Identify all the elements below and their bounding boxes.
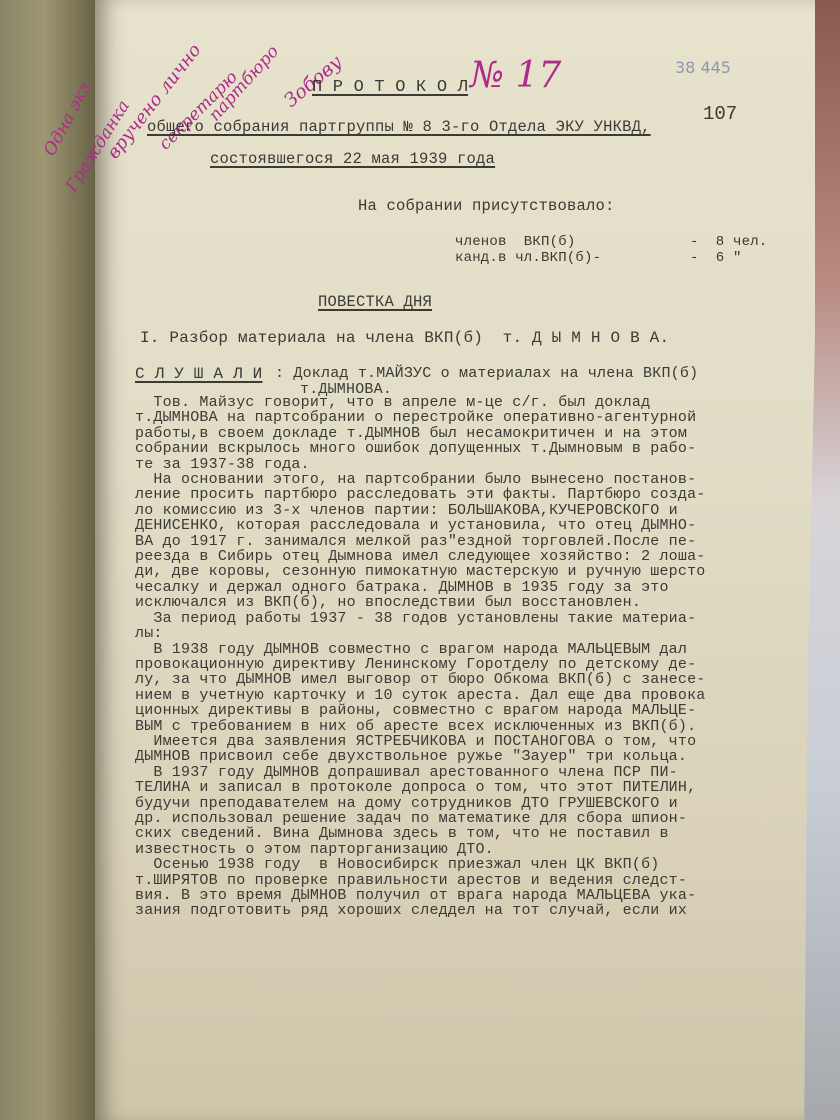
- body-line: ДЕНИСЕНКО, которая расследовала и устано…: [135, 518, 706, 533]
- body-line: ских сведений. Вина Дымнова здесь в том,…: [135, 826, 706, 841]
- body-line: На основании этого, на партсобрании было…: [135, 472, 706, 487]
- document-title: П Р О Т О К О Л: [312, 78, 468, 98]
- body-line: т.ШИРЯТОВ по проверке правильности арест…: [135, 873, 706, 888]
- attendance-intro: На собрании присутствовало:: [358, 196, 615, 216]
- body-line: зания подготовить ряд хороших следдел на…: [135, 903, 706, 918]
- agenda-item-1: I. Разбор материала на члена ВКП(б) т. Д…: [140, 328, 669, 348]
- body-line: ционных директивы в районы, совместно с …: [135, 703, 706, 718]
- body-line: ВА до 1917 г. занимался мелкой раз"ездно…: [135, 534, 706, 549]
- body-line: исключался из ВКП(б), но впоследствии бы…: [135, 595, 706, 610]
- body-line: нием в учетную карточку и 10 суток арест…: [135, 688, 706, 703]
- body-line: известность о этом парторганизацию ДТО.: [135, 842, 706, 857]
- body-line: чесалку и держал одного батрака. ДЫМНОВ …: [135, 580, 706, 595]
- body-line: реезда в Сибирь отец Дымнова имел следую…: [135, 549, 706, 564]
- agenda-heading: ПОВЕСТКА ДНЯ: [318, 292, 432, 312]
- body-line: работы,в своем докладе т.ДЫМНОВ был неса…: [135, 426, 706, 441]
- body-line: будучи преподавателем на дому сотруднико…: [135, 796, 706, 811]
- body-line: ление просить партбюро расследовать эти …: [135, 487, 706, 502]
- body-line: В 1937 году ДЫМНОВ допрашивал арестованн…: [135, 765, 706, 780]
- document-subtitle-line2: состоявшегося 22 мая 1939 года: [210, 149, 495, 169]
- body-line: вия. В это время ДЫМНОВ получил от врага…: [135, 888, 706, 903]
- body-line: Осенью 1938 году в Новосибирск приезжал …: [135, 857, 706, 872]
- body-line: те за 1937-38 года.: [135, 457, 706, 472]
- body-line: лы:: [135, 626, 706, 641]
- attendance-members-value: - 8 чел.: [690, 235, 767, 250]
- attendance-candidates-value: - 6 ": [690, 251, 742, 266]
- attendance-candidates-label: канд.в чл.ВКП(б)-: [455, 251, 601, 266]
- pencil-archive-mark: 38 445: [675, 58, 731, 77]
- body-line: ДЫМНОВ присвоил себе двухствольное ружье…: [135, 749, 706, 764]
- body-line: ВЫМ с требованием в них об аресте всех и…: [135, 719, 706, 734]
- body-line: провокационную директиву Ленинскому Горо…: [135, 657, 706, 672]
- body-line: собрании вскрылось много ошибок допущенн…: [135, 441, 706, 456]
- body-line: ло комиссию из 3-х членов партии: БОЛЬША…: [135, 503, 706, 518]
- body-line: ди, две коровы, сезонную пимокатную маст…: [135, 564, 706, 579]
- protocol-number-handwritten: № 17: [470, 55, 561, 96]
- body-line: лу, за что ДЫМНОВ имел выговор от бюро О…: [135, 672, 706, 687]
- page-number: 107: [703, 103, 737, 125]
- body-line: т.ДЫМНОВА на партсобрании о перестройке …: [135, 410, 706, 425]
- body-line: Тов. Майзус говорит, что в апреле м-це с…: [135, 395, 706, 410]
- body-line: За период работы 1937 - 38 годов установ…: [135, 611, 706, 626]
- body-line: ТЕЛИНА и записал в протоколе допроса о т…: [135, 780, 706, 795]
- body-line: др. использовал решение задач по математ…: [135, 811, 706, 826]
- body-line: Имеется два заявления ЯСТРЕБЧИКОВА и ПОС…: [135, 734, 706, 749]
- heard-label: С Л У Ш А Л И: [135, 364, 262, 384]
- body-line: В 1938 году ДЫМНОВ совместно с врагом на…: [135, 642, 706, 657]
- document-subtitle-line1: общего собрания партгруппы № 8 3-го Отде…: [147, 117, 651, 137]
- attendance-members-label: членов ВКП(б): [455, 235, 575, 250]
- protocol-body: Тов. Майзус говорит, что в апреле м-це с…: [135, 395, 706, 919]
